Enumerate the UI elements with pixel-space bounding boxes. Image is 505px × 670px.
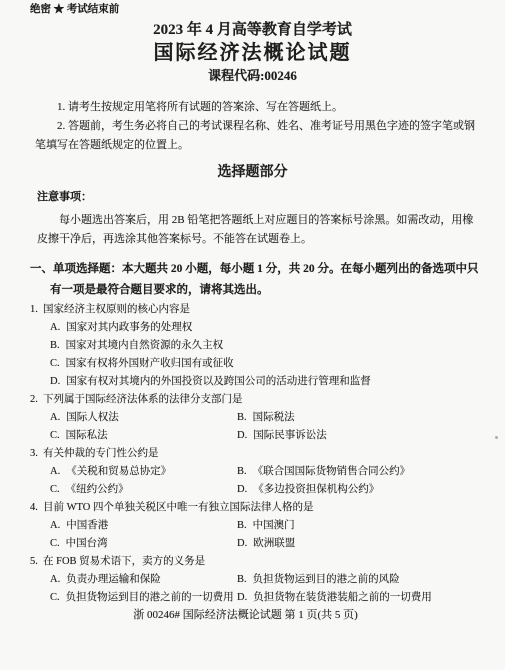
- question-number: 5.: [30, 553, 43, 571]
- option-c: C.负担货物运到目的港之前的一切费用: [50, 589, 237, 607]
- option-b: B.国际税法: [237, 409, 481, 427]
- option-a: A.负责办理运输和保险: [50, 571, 237, 589]
- question-4-stem: 4.目前 WTO 四个单独关税区中唯一有独立国际法律人格的是: [30, 499, 481, 517]
- option-a: A.《关税和贸易总协定》: [50, 463, 237, 481]
- option-c: C.《纽约公约》: [50, 481, 237, 499]
- option-letter: C.: [50, 589, 60, 607]
- question-1: 1.国家经济主权原则的核心内容是 A.国家对其内政事务的处理权 B.国家对其境内…: [30, 301, 481, 391]
- exam-paper-page: 绝密 ★ 考试结束前 2023 年 4 月高等教育自学考试 国际经济法概论试题 …: [0, 0, 505, 670]
- option-letter: B.: [50, 337, 60, 355]
- option-c: C.国家有权将外国财产收归国有或征收: [50, 355, 481, 373]
- option-letter: D.: [50, 373, 60, 391]
- option-text: 《纽约公约》: [66, 484, 129, 495]
- option-b: B.《联合国国际货物销售合同公约》: [237, 463, 481, 481]
- question-4: 4.目前 WTO 四个单独关税区中唯一有独立国际法律人格的是 A.中国香港 B.…: [30, 499, 481, 553]
- option-text: 中国香港: [66, 520, 108, 531]
- option-c: C.国际私法: [50, 427, 237, 445]
- option-letter: D.: [237, 535, 247, 553]
- option-text: 国际民事诉讼法: [253, 430, 327, 441]
- question-list: 1.国家经济主权原则的核心内容是 A.国家对其内政事务的处理权 B.国家对其境内…: [30, 301, 481, 607]
- option-text: 《联合国国际货物销售合同公约》: [253, 466, 411, 477]
- notice-block: 注意事项： 每小题选出答案后，用 2B 铅笔把答题纸上对应题目的答案标号涂黑。如…: [37, 188, 477, 249]
- option-b: B.负担货物运到目的港之前的风险: [237, 571, 481, 589]
- option-letter: A.: [50, 517, 60, 535]
- question-3-stem: 3.有关仲裁的专门性公约是: [30, 445, 481, 463]
- option-b: B.中国澳门: [237, 517, 481, 535]
- option-d: D.欧洲联盟: [237, 535, 481, 553]
- secrecy-label: 绝密 ★ 考试结束前: [30, 3, 505, 17]
- instruction-2: 2. 答题前，考生务必将自己的考试课程名称、姓名、准考证号用黑色字迹的签字笔或钢…: [35, 117, 477, 155]
- question-5-options: A.负责办理运输和保险 B.负担货物运到目的港之前的风险 C.负担货物运到目的港…: [50, 571, 481, 607]
- option-letter: D.: [237, 427, 247, 445]
- question-number: 1.: [30, 301, 43, 319]
- section-title: 选择题部分: [0, 164, 505, 182]
- option-c: C.中国台湾: [50, 535, 237, 553]
- question-2: 2.下列属于国际经济法体系的法律分支部门是 A.国际人权法 B.国际税法 C.国…: [30, 391, 481, 445]
- question-number: 4.: [30, 499, 43, 517]
- option-text: 中国澳门: [253, 520, 295, 531]
- option-d: D.负担货物在装货港装船之前的一切费用: [237, 589, 481, 607]
- scan-speck: [495, 436, 498, 439]
- option-letter: B.: [237, 571, 247, 589]
- option-letter: A.: [50, 319, 60, 337]
- option-letter: A.: [50, 409, 60, 427]
- option-letter: B.: [237, 409, 247, 427]
- option-letter: C.: [50, 355, 60, 373]
- option-a: A.中国香港: [50, 517, 237, 535]
- option-letter: A.: [50, 463, 60, 481]
- option-text: 国家对其内政事务的处理权: [66, 322, 192, 333]
- option-letter: A.: [50, 571, 60, 589]
- page-footer: 浙 00246# 国际经济法概论试题 第 1 页(共 5 页): [0, 607, 491, 623]
- question-text: 国家经济主权原则的核心内容是: [43, 304, 190, 315]
- option-text: 负担货物运到目的港之前的一切费用: [66, 592, 234, 603]
- option-letter: D.: [237, 589, 247, 607]
- option-text: 负责办理运输和保险: [66, 574, 161, 585]
- option-a: A.国家对其内政事务的处理权: [50, 319, 481, 337]
- option-a: A.国际人权法: [50, 409, 237, 427]
- question-text: 目前 WTO 四个单独关税区中唯一有独立国际法律人格的是: [43, 502, 313, 513]
- option-text: 国际税法: [253, 412, 295, 423]
- option-text: 国家对其境内自然资源的永久主权: [66, 340, 224, 351]
- notice-body: 每小题选出答案后，用 2B 铅笔把答题纸上对应题目的答案标号涂黑。如需改动，用橡…: [37, 211, 477, 249]
- option-letter: B.: [237, 463, 247, 481]
- course-code: 课程代码:00246: [0, 68, 505, 84]
- question-text: 在 FOB 贸易术语下，卖方的义务是: [43, 556, 205, 567]
- option-text: 国家有权对其境内的外国投资以及跨国公司的活动进行管理和监督: [66, 376, 371, 387]
- question-3-options: A.《关税和贸易总协定》 B.《联合国国际货物销售合同公约》 C.《纽约公约》 …: [50, 463, 481, 499]
- question-4-options: A.中国香港 B.中国澳门 C.中国台湾 D.欧洲联盟: [50, 517, 481, 553]
- part1-header: 一、单项选择题：本大题共 20 小题，每小题 1 分，共 20 分。在每小题列出…: [30, 259, 479, 301]
- question-number: 2.: [30, 391, 43, 409]
- question-text: 有关仲裁的专门性公约是: [43, 448, 159, 459]
- question-1-stem: 1.国家经济主权原则的核心内容是: [30, 301, 481, 319]
- option-letter: C.: [50, 481, 60, 499]
- option-letter: B.: [237, 517, 247, 535]
- option-d: D.国际民事诉讼法: [237, 427, 481, 445]
- exam-session-title: 2023 年 4 月高等教育自学考试: [0, 21, 505, 39]
- option-text: 中国台湾: [66, 538, 108, 549]
- question-1-options: A.国家对其内政事务的处理权 B.国家对其境内自然资源的永久主权 C.国家有权将…: [50, 319, 481, 391]
- question-3: 3.有关仲裁的专门性公约是 A.《关税和贸易总协定》 B.《联合国国际货物销售合…: [30, 445, 481, 499]
- exam-subject-title: 国际经济法概论试题: [0, 41, 505, 65]
- option-b: B.国家对其境内自然资源的永久主权: [50, 337, 481, 355]
- option-letter: C.: [50, 535, 60, 553]
- notice-heading: 注意事项：: [37, 188, 477, 207]
- instruction-1: 1. 请考生按规定用笔将所有试题的答案涂、写在答题纸上。: [35, 98, 477, 117]
- option-d: D.《多边投资担保机构公约》: [237, 481, 481, 499]
- question-2-options: A.国际人权法 B.国际税法 C.国际私法 D.国际民事诉讼法: [50, 409, 481, 445]
- option-letter: D.: [237, 481, 247, 499]
- question-text: 下列属于国际经济法体系的法律分支部门是: [43, 394, 243, 405]
- option-text: 国家有权将外国财产收归国有或征收: [66, 358, 234, 369]
- question-number: 3.: [30, 445, 43, 463]
- option-d: D.国家有权对其境内的外国投资以及跨国公司的活动进行管理和监督: [50, 373, 481, 391]
- option-text: 国际私法: [66, 430, 108, 441]
- option-text: 《多边投资担保机构公约》: [253, 484, 379, 495]
- option-letter: C.: [50, 427, 60, 445]
- option-text: 《关税和贸易总协定》: [66, 466, 171, 477]
- option-text: 负担货物运到目的港之前的风险: [253, 574, 400, 585]
- question-5-stem: 5.在 FOB 贸易术语下，卖方的义务是: [30, 553, 481, 571]
- option-text: 国际人权法: [66, 412, 119, 423]
- general-instructions: 1. 请考生按规定用笔将所有试题的答案涂、写在答题纸上。 2. 答题前，考生务必…: [35, 98, 477, 155]
- option-text: 负担货物在装货港装船之前的一切费用: [253, 592, 432, 603]
- question-2-stem: 2.下列属于国际经济法体系的法律分支部门是: [30, 391, 481, 409]
- question-5: 5.在 FOB 贸易术语下，卖方的义务是 A.负责办理运输和保险 B.负担货物运…: [30, 553, 481, 607]
- option-text: 欧洲联盟: [253, 538, 295, 549]
